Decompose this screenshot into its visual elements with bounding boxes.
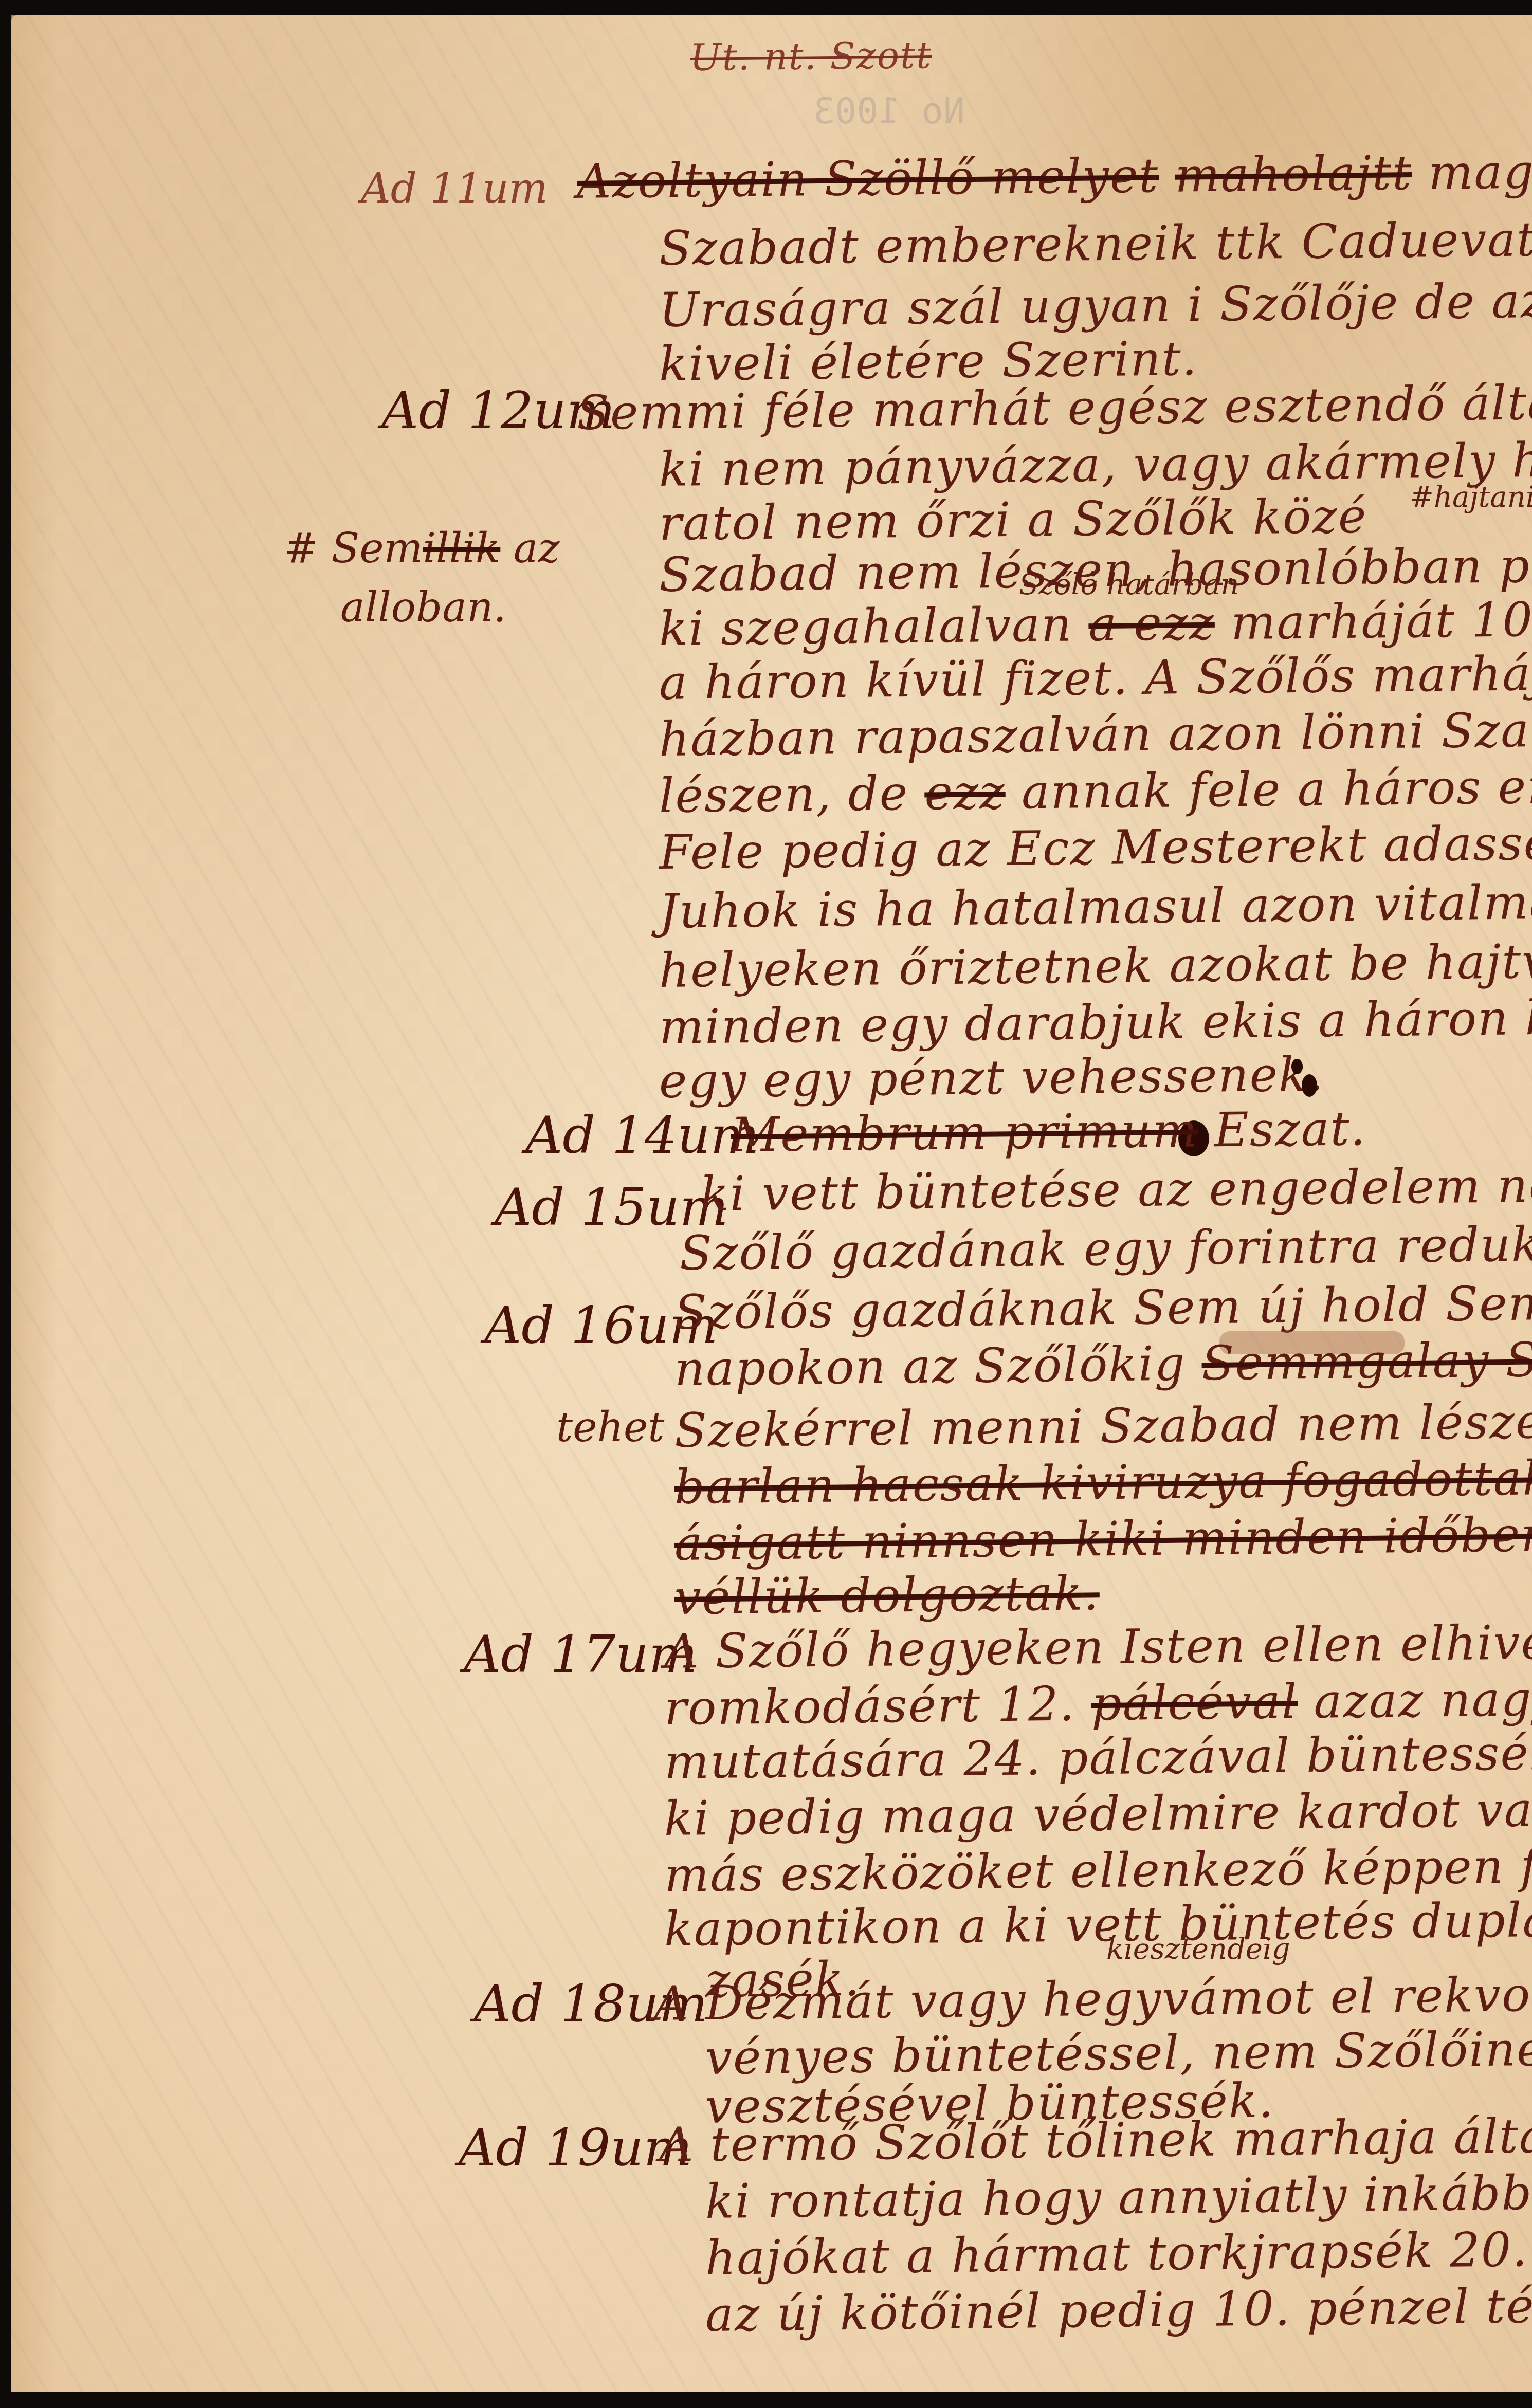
manuscript-page: No 1003 Ut. nt. Szott Ad 11um Azoltyain … [11,15,1532,2395]
section-marker-11: Ad 11um [361,164,548,212]
section-12-line-10: Juhok is ha hatalmasul azon vitalmas [659,874,1532,939]
section-12-line-5: ki szegahalalvan a ezz marháját 10. S. [659,592,1532,656]
bleedthrough-stamp: No 1003 [813,90,965,132]
section-marker-17: Ad 17um [464,1624,698,1684]
section-16-line-3: Szekérrel menni Szabad nem lészen. Eszte… [674,1391,1532,1458]
inserted-text: #hajtani [1410,481,1532,514]
struck-text: maholajtt [1175,145,1413,203]
ink-blot [1291,1059,1303,1074]
section-12-line-9: Fele pedig az Ecz Mesterekt adassék. [659,815,1532,880]
section-12-line-8: lészen, de ezz annak fele a háros embert [659,758,1532,823]
section-17-line-2: romkodásért 12. pálcéval azaz nagyobb bű… [664,1669,1532,1736]
section-16-line-4: barlan hacsak kiviruzya fogadottak [674,1450,1532,1515]
struck-text: Membrum primum [731,1102,1198,1163]
struck-text: pálcéval [1091,1674,1298,1731]
section-16-line-1: Szőlős gazdáknak Sem új hold Sem más vas… [674,1273,1532,1340]
section-marker-19: Ad 19um [459,2118,692,2178]
section-11-line-2: Szabadt emberekneik ttk Caduevatis az [659,211,1532,276]
struck-text: illik [423,524,500,572]
struck-text: a ezz [1088,596,1215,652]
section-19-line-2: ki rontatja hogy annyiatly inkább már [705,2164,1532,2229]
inserted-text: kiesztendeig [1106,1933,1290,1966]
section-12-line-2: ki nem pányvázza, vagy akármely házá- [659,432,1532,497]
margin-note-12-line-2: alloban. [340,583,506,631]
section-12-line-13: egy egy pénzt vehessenek. [659,1046,1324,1109]
section-12-line-12: minden egy darabjuk ekis a háron kívül [659,989,1532,1055]
margin-note-12: # Semillik az [284,524,560,572]
margin-note-16: tehet [556,1403,665,1451]
section-11-line-3: Uraságra szál ugyan i Szőlője de az örök… [659,272,1532,338]
section-16-line-2: napokon az Szőlőkig Semmgalay Sem [674,1332,1532,1396]
section-18-line-1: A Dézmát vagy hegyvámot el rekvolt tör- [653,1965,1532,2031]
section-16-line-5: ásigatt ninnsen kiki minden időben [674,1507,1532,1571]
section-17-line-3: mutatására 24. pálczával büntessék. [664,1725,1532,1790]
ink-blot [1302,1074,1317,1097]
struck-text: Semmgalay Sem [1201,1332,1532,1391]
section-17-line-6: kapontikon a ki vett büntetés duplá- [664,1892,1532,1957]
section-19-line-4: az új kötőinél pedig 10. pénzel tévitess… [705,2276,1532,2342]
section-19-line-1: A termő Szőlőt tőlinek marhaja általlett [659,2107,1532,2173]
section-11-line-1: Azoltyain Szöllő melyet maholajtt magra [576,143,1532,209]
section-17-line-4: ki pedig maga védelmire kardot vagy [664,1781,1532,1846]
section-12-line-6: a háron kívül fizet. A Szőlős marhájugan [659,645,1532,710]
section-14-line-1: Membrum primum Eszat. [731,1101,1366,1163]
header-struck-note: Ut. nt. Szott [690,33,933,79]
section-16-line-6: véllük dolgoztak. [674,1566,1100,1625]
section-19-line-3: hajókat a hármat torkjrapsék 20. pénzel, [705,2220,1532,2286]
scan-bottom-border [0,2392,1532,2408]
struck-text: Azoltyain Szöllő melyet [576,148,1159,209]
section-17-line-1: A Szőlő hegyeken Isten ellen elhivesett … [664,1613,1532,1679]
section-marker-14: Ad 14um [525,1105,759,1165]
section-12-line-11: helyeken őriztetnek azokat be hajtván [659,933,1532,998]
struck-text: ezz [924,765,1006,821]
section-17-line-5: más eszközöket ellenkező képpen fogna [664,1837,1532,1903]
section-12-line-7: házban rapaszalván azon lönni Szabad [659,702,1532,767]
section-15-line-2: Szőlő gazdának egy forintra redukáltatik… [679,1215,1532,1281]
section-15-line-1: ki vett büntetése az engedelem nélkül [700,1157,1532,1222]
